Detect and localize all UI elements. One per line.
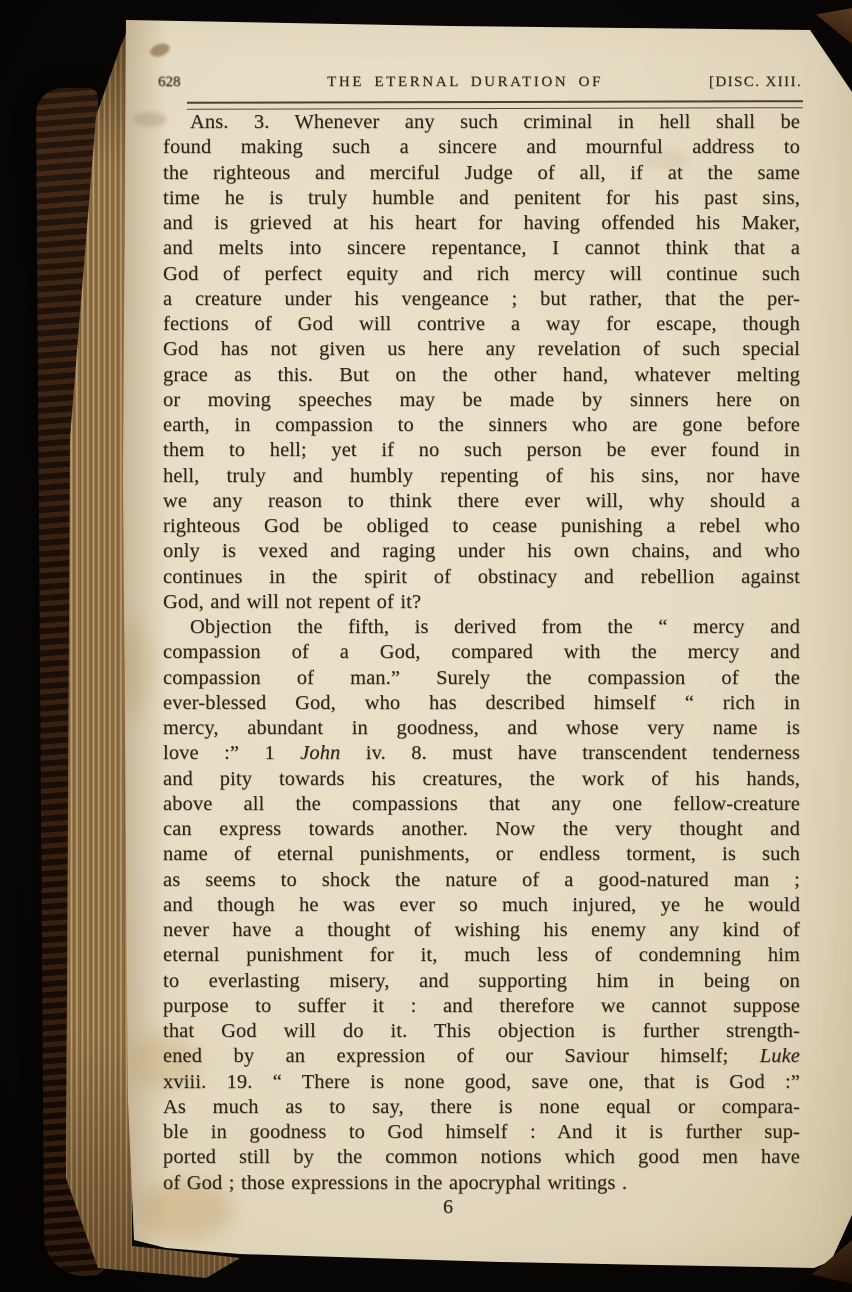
body-text: Ans. 3. Whenever any such criminal in he…: [163, 110, 800, 1196]
text-line: grace as this. But on the other hand, wh…: [163, 363, 800, 388]
text-line: righteous God be obliged to cease punish…: [163, 514, 800, 539]
text-line: continues in the spirit of obstinacy and…: [163, 565, 800, 590]
text-line: love :” 1 John iv. 8. must have transcen…: [163, 741, 800, 766]
text-line: xviii. 19. “ There is none good, save on…: [163, 1070, 800, 1095]
page-number: 628: [158, 74, 248, 91]
text-line: to everlasting misery, and supporting hi…: [163, 969, 800, 994]
text-line: them to hell; yet if no such person be e…: [163, 438, 800, 463]
text-line: and though he was ever so much injured, …: [163, 893, 800, 918]
text-line: fections of God will contrive a way for …: [163, 312, 800, 337]
text-line: ever-blessed God, who has described hims…: [163, 691, 800, 716]
text-line: above all the compassions that any one f…: [163, 792, 800, 817]
text-line: of God ; those expressions in the apocry…: [163, 1171, 800, 1196]
text-line: As much as to say, there is none equal o…: [163, 1095, 800, 1120]
text-line: a creature under his vengeance ; but rat…: [163, 287, 800, 312]
header-rule: [187, 100, 803, 110]
book-photo: 628 THE ETERNAL DURATION OF [DISC. XIII.…: [0, 0, 852, 1292]
text-line: purpose to suffer it : and therefore we …: [163, 994, 800, 1019]
text-line: and is grieved at his heart for having o…: [163, 211, 800, 236]
text-line: ported still by the common notions which…: [163, 1145, 800, 1170]
text-line: God, and will not repent of it?: [163, 590, 800, 615]
text-line: or moving speeches may be made by sinner…: [163, 388, 800, 413]
section-label: [DISC. XIII.: [682, 74, 802, 91]
text-line: eternal punishment for it, much less of …: [163, 943, 800, 968]
text-line: ble in goodness to God himself : And it …: [163, 1120, 800, 1145]
text-line: the righteous and merciful Judge of all,…: [163, 161, 800, 186]
text-line: and pity towards his creatures, the work…: [163, 767, 800, 792]
page-gutter-shade: [122, 20, 168, 1250]
text-line: Objection the fifth, is derived from the…: [163, 615, 800, 640]
running-title: THE ETERNAL DURATION OF: [248, 74, 682, 91]
text-line: ened by an expression of our Saviour him…: [163, 1044, 800, 1069]
text-line: mercy, abundant in goodness, and whose v…: [163, 716, 800, 741]
text-line: earth, in compassion to the sinners who …: [163, 413, 800, 438]
text-line: compassion of man.” Surely the compassio…: [163, 666, 800, 691]
text-line: found making such a sincere and mournful…: [163, 135, 800, 160]
text-line: name of eternal punishments, or endless …: [163, 842, 800, 867]
text-line: only is vexed and raging under his own c…: [163, 539, 800, 564]
signature-mark: 6: [163, 1196, 733, 1219]
text-line: we any reason to think there ever will, …: [163, 489, 800, 514]
text-line: as seems to shock the nature of a good-n…: [163, 868, 800, 893]
text-line: time he is truly humble and penitent for…: [163, 186, 800, 211]
text-line: compassion of a God, compared with the m…: [163, 640, 800, 665]
text-line: God has not given us here any revelation…: [163, 337, 800, 362]
page-header: 628 THE ETERNAL DURATION OF [DISC. XIII.: [158, 74, 802, 91]
text-line: and melts into sincere repentance, I can…: [163, 236, 800, 261]
text-line: that God will do it. This objection is f…: [163, 1019, 800, 1044]
text-line: Ans. 3. Whenever any such criminal in he…: [163, 110, 800, 135]
text-line: God of perfect equity and rich mercy wil…: [163, 262, 800, 287]
text-line: hell, truly and humbly repenting of his …: [163, 464, 800, 489]
text-line: never have a thought of wishing his enem…: [163, 918, 800, 943]
text-line: can express towards another. Now the ver…: [163, 817, 800, 842]
